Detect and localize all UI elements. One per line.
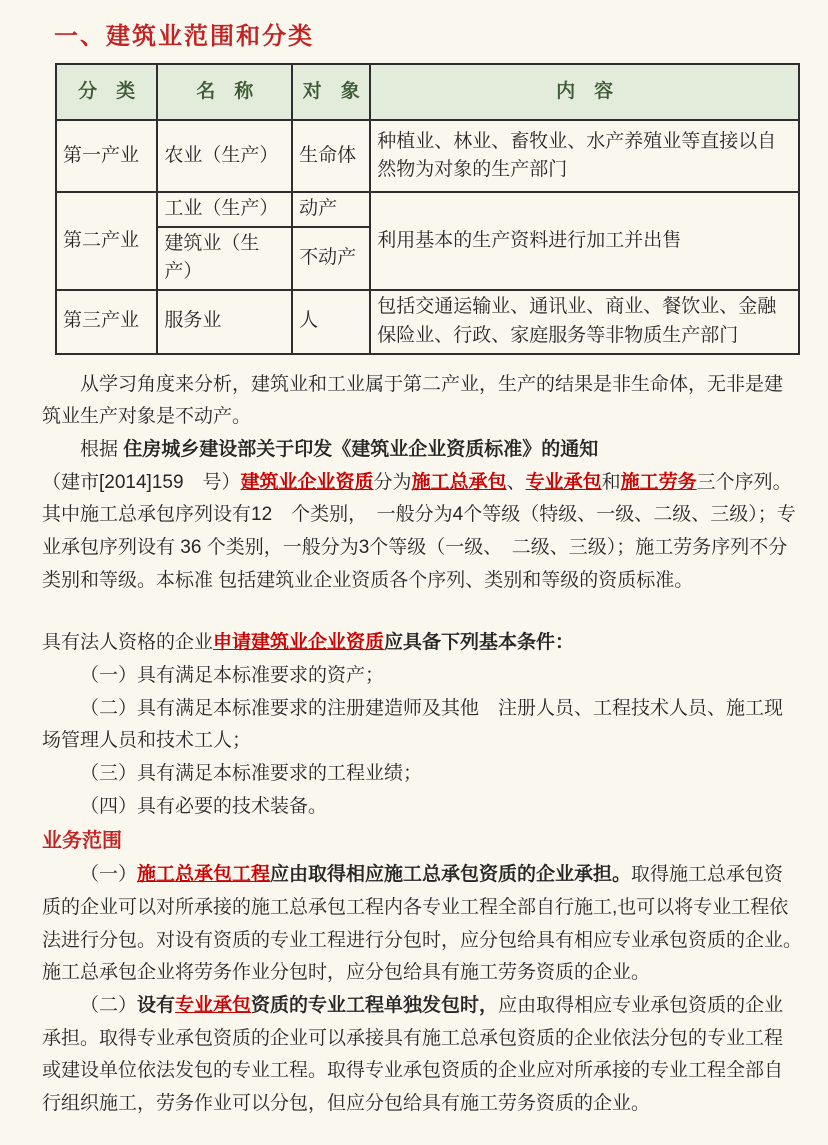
- text-run: 施工总承包: [412, 472, 507, 493]
- text-run: 设有: [137, 995, 175, 1016]
- text-run: （建市[2014]159 号）: [42, 472, 241, 493]
- cell-object: 动产: [292, 192, 370, 227]
- text-run: 应具备下列基本条件：: [384, 632, 574, 653]
- table-row-tertiary-industry: 第三产业 服务业 人 包括交通运输业、通讯业、商业、餐饮业、金融保险业、行政、家…: [56, 290, 799, 354]
- text-run: 专业承包: [175, 995, 251, 1016]
- text-run: 具有法人资格的企业: [42, 632, 213, 653]
- text-run: 从学习角度来分析，建筑业和工业属于第二产业，生产的结果是非生命体，无非是建筑业生…: [42, 374, 783, 428]
- page-title: 一、建筑业范围和分类: [54, 16, 796, 51]
- header-cell-content: 内 容: [370, 64, 799, 120]
- table-row-secondary-industry-a: 第二产业 工业（生产） 动产 利用基本的生产资料进行加工并出售: [56, 192, 799, 227]
- condition-item-3: （三）具有满足本标准要求的工程业绩；: [42, 758, 796, 791]
- cell-name: 工业（生产）: [157, 192, 292, 227]
- text-run: 应由取得相应施工总承包资质的企业承担。: [270, 864, 631, 885]
- cell-object: 不动产: [292, 227, 370, 290]
- cell-content: 种植业、林业、畜牧业、水产养殖业等直接以自然物为对象的生产部门: [370, 120, 799, 192]
- section-heading-business-scope: 业务范围: [42, 825, 796, 857]
- document-body: 从学习角度来分析，建筑业和工业属于第二产业，生产的结果是非生命体，无非是建筑业生…: [42, 369, 796, 1121]
- paragraph-general-contracting: （一）施工总承包工程应由取得相应施工总承包资质的企业承担。取得施工总承包资质的企…: [42, 859, 796, 990]
- spacer: [42, 597, 796, 627]
- text-run: 、: [507, 472, 526, 493]
- text-run: 施工总承包工程: [137, 864, 270, 885]
- text-run: 施工劳务: [621, 472, 697, 493]
- cell-category: 第二产业: [56, 192, 157, 290]
- document-page: 一、建筑业范围和分类 分 类 名 称 对 象 内 容 第一产业 农业（生产） 生…: [0, 0, 828, 1145]
- paragraph-conditions-intro: 具有法人资格的企业申请建筑业企业资质应具备下列基本条件：: [42, 627, 796, 660]
- table-header-row: 分 类 名 称 对 象 内 容: [56, 64, 799, 120]
- text-run: 根据: [80, 439, 123, 460]
- text-run: 住房城乡建设部关于印发《建筑业企业资质标准》的通知: [123, 439, 598, 460]
- cell-object: 人: [292, 290, 370, 354]
- cell-category: 第一产业: [56, 120, 157, 192]
- condition-item-1: （一）具有满足本标准要求的资产；: [42, 660, 796, 693]
- industry-classification-table: 分 类 名 称 对 象 内 容 第一产业 农业（生产） 生命体 种植业、林业、畜…: [55, 63, 800, 355]
- table-row-primary-industry: 第一产业 农业（生产） 生命体 种植业、林业、畜牧业、水产养殖业等直接以自然物为…: [56, 120, 799, 192]
- cell-name: 农业（生产）: [157, 120, 292, 192]
- condition-item-2: （二）具有满足本标准要求的注册建造师及其他 注册人员、工程技术人员、施工现场管理…: [42, 693, 796, 758]
- header-cell-name: 名 称: [157, 64, 292, 120]
- text-run: 和: [602, 472, 621, 493]
- header-cell-category: 分 类: [56, 64, 157, 120]
- text-run: 分为: [374, 472, 412, 493]
- text-run: （二）: [80, 995, 137, 1016]
- cell-content: 利用基本的生产资料进行加工并出售: [370, 192, 799, 290]
- header-cell-object: 对 象: [292, 64, 370, 120]
- paragraph-industry-analysis: 从学习角度来分析，建筑业和工业属于第二产业，生产的结果是非生命体，无非是建筑业生…: [42, 369, 796, 434]
- condition-item-4: （四）具有必要的技术装备。: [42, 791, 796, 824]
- cell-name: 建筑业（生产）: [157, 227, 292, 290]
- cell-content: 包括交通运输业、通讯业、商业、餐饮业、金融保险业、行政、家庭服务等非物质生产部门: [370, 290, 799, 354]
- text-run: 建筑业企业资质: [241, 472, 374, 493]
- cell-object: 生命体: [292, 120, 370, 192]
- text-run: 资质的专业工程单独发包时，: [251, 995, 498, 1016]
- cell-name: 服务业: [157, 290, 292, 354]
- text-run: 申请建筑业企业资质: [213, 632, 384, 653]
- text-run: 专业承包: [526, 472, 602, 493]
- paragraph-qualification-notice: 根据 住房城乡建设部关于印发《建筑业企业资质标准》的通知（建市[2014]159…: [42, 434, 796, 597]
- cell-category: 第三产业: [56, 290, 157, 354]
- paragraph-specialty-contracting: （二）设有专业承包资质的专业工程单独发包时，应由取得相应专业承包资质的企业承担。…: [42, 990, 796, 1121]
- text-run: （一）: [80, 864, 137, 885]
